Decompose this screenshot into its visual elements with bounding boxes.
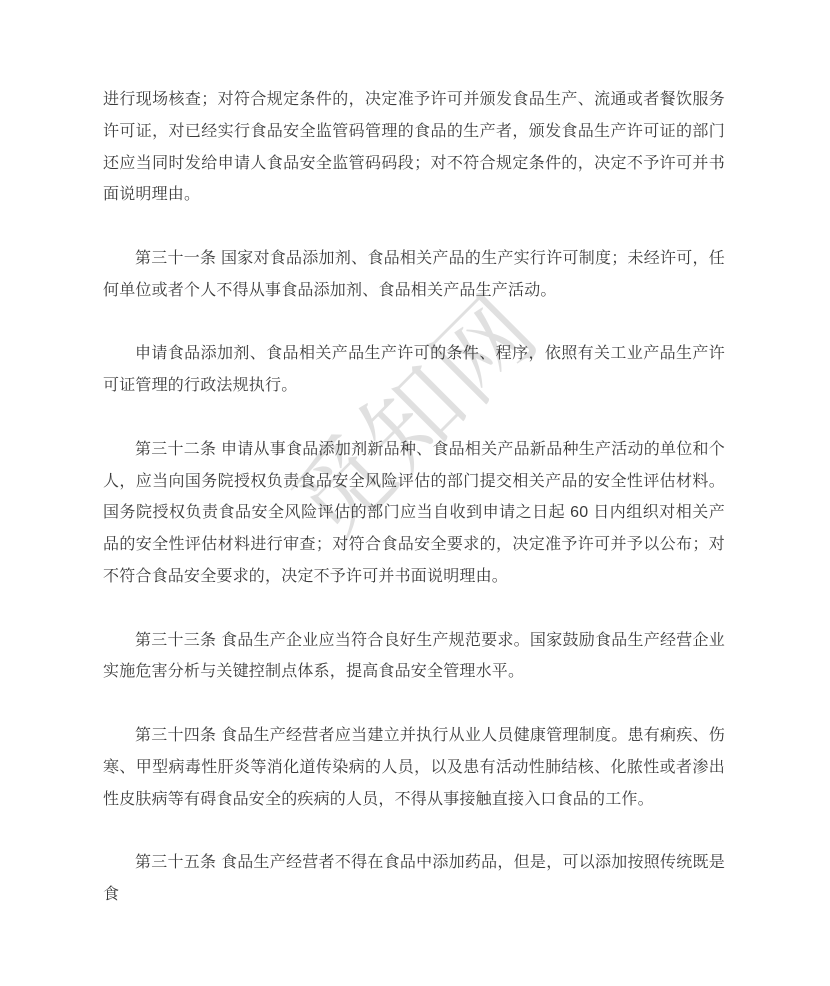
paragraph-article-33: 第三十三条 食品生产企业应当符合良好生产规范要求。国家鼓励食品生产经营企业实施危…	[103, 625, 725, 689]
paragraph-article-31: 第三十一条 国家对食品添加剂、食品相关产品的生产实行许可制度；未经许可，任何单位…	[103, 243, 725, 307]
document-body: 进行现场核查；对符合规定条件的，决定准予许可并颁发食品生产、流通或者餐饮服务许可…	[103, 84, 725, 943]
paragraph-article-34: 第三十四条 食品生产经营者应当建立并执行从业人员健康管理制度。患有痢疾、伤寒、甲…	[103, 720, 725, 815]
paragraph-article-31-clause-2: 申请食品添加剂、食品相关产品生产许可的条件、程序，依照有关工业产品生产许可证管理…	[103, 338, 725, 402]
paragraph-continuation: 进行现场核查；对符合规定条件的，决定准予许可并颁发食品生产、流通或者餐饮服务许可…	[103, 84, 725, 211]
paragraph-article-35: 第三十五条 食品生产经营者不得在食品中添加药品，但是，可以添加按照传统既是食	[103, 847, 725, 911]
document-page: 觅知网 进行现场核查；对符合规定条件的，决定准予许可并颁发食品生产、流通或者餐饮…	[0, 0, 830, 986]
paragraph-article-32: 第三十二条 申请从事食品添加剂新品种、食品相关产品新品种生产活动的单位和个人，应…	[103, 434, 725, 593]
